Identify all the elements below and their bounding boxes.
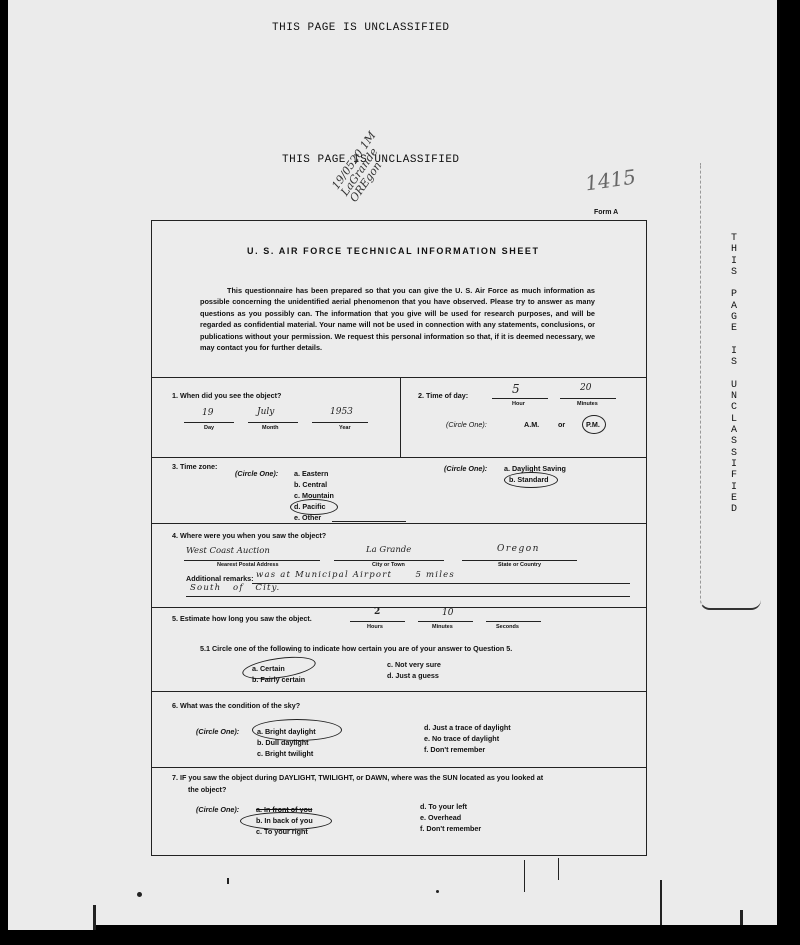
technical-information-sheet: U. S. AIR FORCE TECHNICAL INFORMATION SH…	[151, 220, 647, 856]
year-label: Year	[339, 425, 351, 431]
zone-central[interactable]: b. Central	[294, 480, 327, 489]
zone-other[interactable]: e. Other	[294, 513, 321, 522]
section-q1-q2: 1. When did you see the object? 19 Day J…	[152, 377, 646, 458]
month-value: July	[257, 407, 274, 417]
q2-label: 2. Time of day:	[418, 391, 468, 400]
scan-artifact	[93, 905, 96, 930]
sky-bright-twilight[interactable]: c. Bright twilight	[257, 749, 313, 758]
q7-label-cont: the object?	[188, 785, 226, 794]
address-label: Nearest Postal Address	[217, 562, 279, 568]
duration-minutes-value: 10	[442, 608, 453, 618]
classification-stamp-side: T H I S P A G E I S U N C L A S S I F I …	[728, 233, 740, 515]
sun-to-right[interactable]: c. To your right	[256, 827, 308, 836]
section-q4: 4. Where were you when you saw the objec…	[152, 523, 646, 608]
duration-seconds-field[interactable]	[486, 609, 541, 622]
hour-value: 5	[512, 382, 520, 396]
hours-label: Hours	[367, 624, 383, 630]
form-label: Form A	[594, 209, 618, 216]
intro-text: This questionnaire has been prepared so …	[200, 286, 595, 352]
standard-selected-circle	[504, 472, 558, 488]
or-text: or	[558, 420, 565, 429]
q6-label: 6. What was the condition of the sky?	[172, 701, 300, 710]
q1-label: 1. When did you see the object?	[172, 391, 281, 400]
q7-circle-one: (Circle One):	[196, 805, 239, 814]
zone-eastern[interactable]: a. Eastern	[294, 469, 328, 478]
state-value: Oregon	[497, 544, 540, 554]
pm-selected-circle	[582, 415, 606, 434]
state-label: State or Country	[498, 562, 541, 568]
day-value: 19	[202, 408, 213, 418]
minutes-value: 20	[580, 383, 591, 393]
section-q7: 7. IF you saw the object during DAYLIGHT…	[152, 767, 646, 856]
q5-label: 5. Estimate how long you saw the object.	[172, 614, 312, 623]
am-option[interactable]: A.M.	[524, 420, 539, 429]
zone-other-field[interactable]	[332, 509, 406, 522]
q2-circle-one: (Circle One):	[446, 420, 487, 429]
q7-label: 7. IF you saw the object during DAYLIGHT…	[172, 773, 543, 782]
certainty-not-very-sure[interactable]: c. Not very sure	[387, 660, 441, 669]
q3-circle-one: (Circle One):	[235, 469, 278, 478]
seconds-label: Seconds	[496, 624, 519, 630]
address-value: West Coast Auction	[186, 546, 270, 556]
scan-artifact	[740, 910, 743, 925]
sky-dull-daylight[interactable]: b. Dull daylight	[257, 738, 309, 747]
hour-field[interactable]	[492, 386, 548, 399]
q5-1-label: 5.1 Circle one of the following to indic…	[200, 644, 512, 653]
remarks-value-line2: South of City.	[190, 583, 280, 593]
section-q5: 5. Estimate how long you saw the object.…	[152, 607, 646, 692]
q3-label: 3. Time zone:	[172, 462, 217, 471]
remarks-label: Additional remarks:	[186, 574, 254, 583]
classification-stamp-top: THIS PAGE IS UNCLASSIFIED	[272, 22, 450, 34]
month-label: Month	[262, 425, 279, 431]
duration-hours-value: 2	[374, 607, 380, 617]
column-divider	[400, 378, 401, 458]
q4-label: 4. Where were you when you saw the objec…	[172, 531, 326, 540]
scan-artifact	[436, 890, 439, 893]
scan-border	[777, 0, 800, 945]
city-label: City or Town	[372, 562, 405, 568]
minutes-label: Minutes	[432, 624, 453, 630]
scan-artifact	[227, 878, 229, 884]
sun-dont-remember[interactable]: f. Don't remember	[420, 824, 481, 833]
certainty-fairly-certain[interactable]: b. Fairly certain	[252, 675, 305, 684]
page-edge	[8, 925, 96, 930]
section-q3: 3. Time zone: (Circle One): a. Eastern b…	[152, 457, 646, 524]
sky-trace-daylight[interactable]: d. Just a trace of daylight	[424, 723, 511, 732]
scan-artifact	[137, 892, 142, 897]
scan-artifact	[660, 880, 662, 925]
hour-label: Hour	[512, 401, 525, 407]
sky-no-trace-daylight[interactable]: e. No trace of daylight	[424, 734, 499, 743]
certainty-just-a-guess[interactable]: d. Just a guess	[387, 671, 439, 680]
sky-dont-remember[interactable]: f. Don't remember	[424, 745, 485, 754]
sun-to-left[interactable]: d. To your left	[420, 802, 467, 811]
q3-dst-circle-one: (Circle One):	[444, 464, 487, 473]
year-value: 1953	[330, 407, 353, 417]
day-label: Day	[204, 425, 214, 431]
remarks-value-line1: was at Municipal Airport 5 miles	[256, 570, 455, 580]
section-q6: 6. What was the condition of the sky? (C…	[152, 691, 646, 768]
sun-overhead[interactable]: e. Overhead	[420, 813, 461, 822]
sheet-title: U. S. AIR FORCE TECHNICAL INFORMATION SH…	[247, 246, 540, 256]
q6-circle-one: (Circle One):	[196, 727, 239, 736]
scan-artifact	[558, 858, 559, 880]
city-value: La Grande	[366, 545, 411, 555]
minutes-label: Minutes	[577, 401, 598, 407]
scan-artifact	[524, 860, 525, 892]
intro-paragraph: This questionnaire has been prepared so …	[200, 285, 595, 353]
